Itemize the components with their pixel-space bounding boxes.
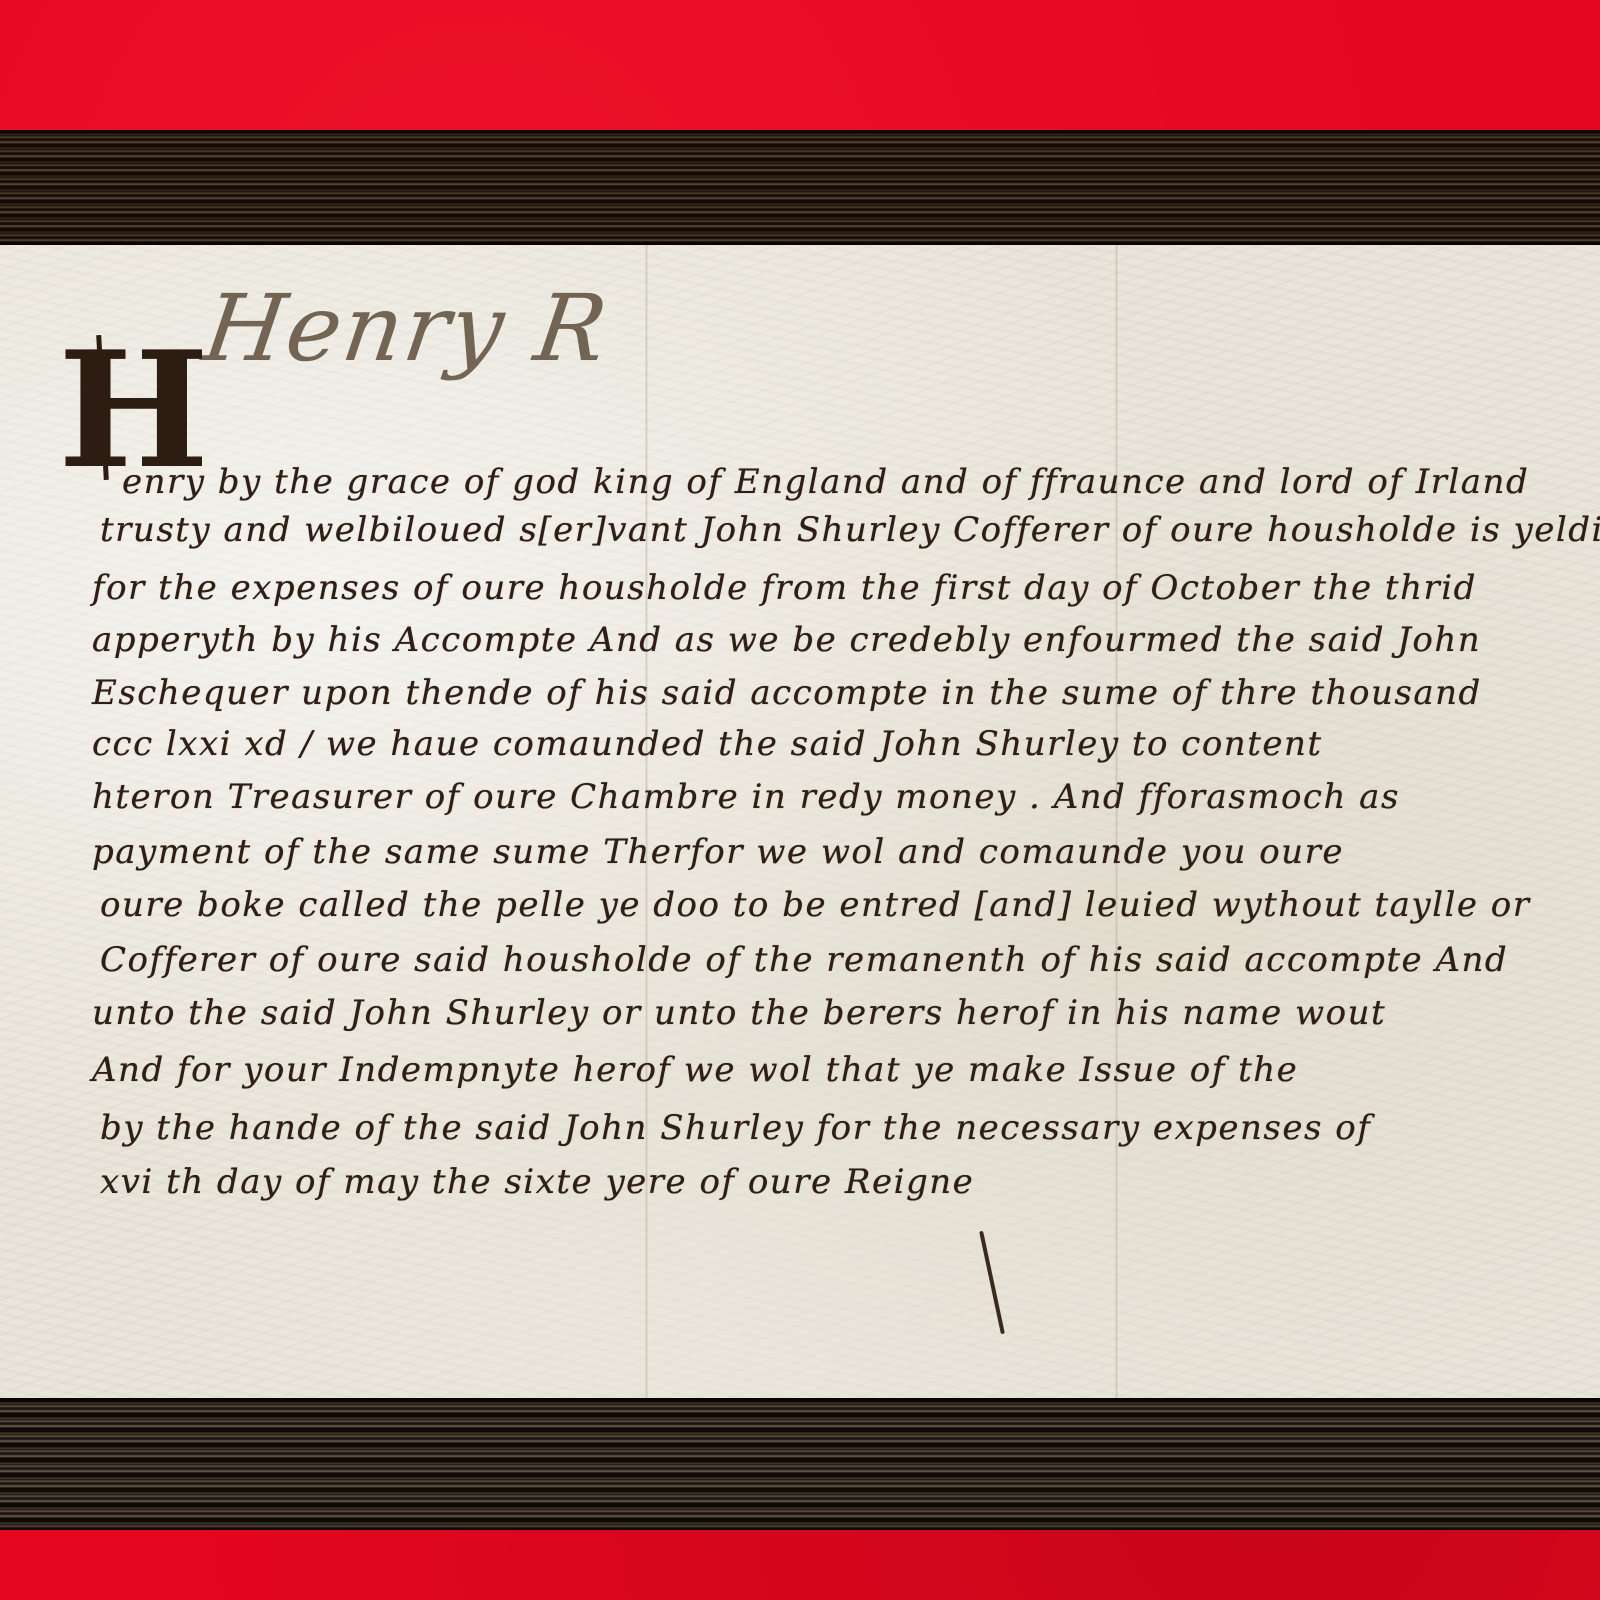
manuscript-line: oure boke called the pelle ye doo to be … xyxy=(100,885,1531,925)
parchment-document xyxy=(0,245,1600,1398)
royal-sign-manual: Henry R xyxy=(197,275,614,382)
manuscript-line: apperyth by his Accompte And as we be cr… xyxy=(92,620,1481,660)
manuscript-line: enry by the grace of god king of England… xyxy=(122,462,1529,502)
manuscript-line: trusty and welbiloued s[er]vant John Shu… xyxy=(100,510,1600,550)
manuscript-line: ccc lxxi xd / we haue comaunded the said… xyxy=(92,724,1323,764)
manuscript-line: Eschequer upon thende of his said accomp… xyxy=(92,673,1482,713)
manuscript-line: payment of the same sume Therfor we wol … xyxy=(92,832,1344,872)
manuscript-line: by the hande of the said John Shurley fo… xyxy=(100,1108,1371,1148)
frame-top-bar xyxy=(0,130,1600,245)
manuscript-line: And for your Indempnyte herof we wol tha… xyxy=(92,1050,1298,1090)
vertical-fold-line xyxy=(645,245,648,1398)
manuscript-line: xvi th day of may the sixte yere of oure… xyxy=(100,1162,974,1202)
manuscript-line: Cofferer of oure said housholde of the r… xyxy=(100,940,1508,980)
frame-bottom-bar xyxy=(0,1398,1600,1530)
vertical-fold-line xyxy=(1115,245,1118,1398)
manuscript-line: unto the said John Shurley or unto the b… xyxy=(92,993,1386,1033)
manuscript-line: for the expenses of oure housholde from … xyxy=(92,568,1477,608)
manuscript-line: hteron Treasurer of oure Chambre in redy… xyxy=(92,777,1400,817)
